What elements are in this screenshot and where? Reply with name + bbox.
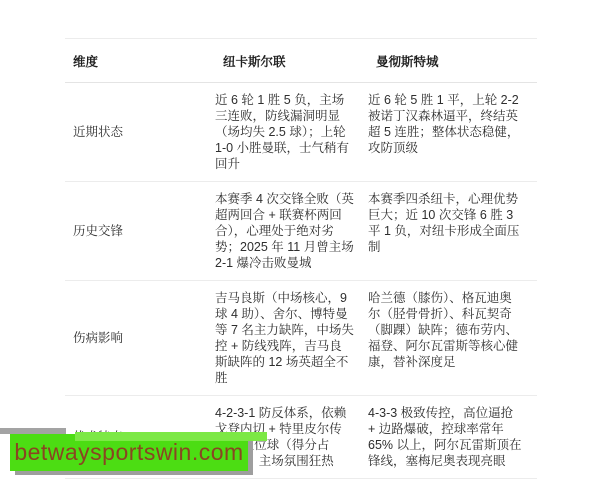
header-team-newcastle: 纽卡斯尔联 xyxy=(215,39,368,83)
header-team-mancity: 曼彻斯特城 xyxy=(368,39,537,83)
cell-mancity-injuries: 哈兰德（膝伤）、格瓦迪奥尔（胫骨骨折）、科瓦契奇（脚踝）缺阵；德布劳内、福登、阿… xyxy=(368,281,537,396)
header-dimension: 维度 xyxy=(65,39,215,83)
table-header-row: 维度 纽卡斯尔联 曼彻斯特城 xyxy=(65,39,537,83)
row-label-recent-form: 近期状态 xyxy=(65,83,215,182)
row-label-injuries: 伤病影响 xyxy=(65,281,215,396)
watermark: betwaysportswin.com xyxy=(10,434,248,471)
cell-newcastle-recent-form: 近 6 轮 1 胜 5 负，主场三连败，防线漏洞明显（场均失 2.5 球）；上轮… xyxy=(215,83,368,182)
watermark-text: betwaysportswin.com xyxy=(14,439,243,466)
cell-mancity-tactics: 4-3-3 极致传控，高位逼抢 + 边路爆破，控球率常年 65% 以上，阿尔瓦雷… xyxy=(368,396,537,479)
cell-mancity-head-to-head: 本赛季四杀纽卡，心理优势巨大；近 10 次交锋 6 胜 3 平 1 负，对纽卡形… xyxy=(368,182,537,281)
cell-mancity-recent-form: 近 6 轮 5 胜 1 平，上轮 2-2 被诺丁汉森林逼平，终结英超 5 连胜；… xyxy=(368,83,537,182)
row-label-head-to-head: 历史交锋 xyxy=(65,182,215,281)
cell-newcastle-head-to-head: 本赛季 4 次交锋全败（英超两回合 + 联赛杯两回合），心理处于绝对劣势；202… xyxy=(215,182,368,281)
table-row-injuries: 伤病影响 吉马良斯（中场核心，9 球 4 助）、舍尔、博特曼等 7 名主力缺阵，… xyxy=(65,281,537,396)
cell-newcastle-injuries: 吉马良斯（中场核心，9 球 4 助）、舍尔、博特曼等 7 名主力缺阵，中场失控 … xyxy=(215,281,368,396)
comparison-table: 维度 纽卡斯尔联 曼彻斯特城 近期状态 近 6 轮 1 胜 5 负，主场三连败，… xyxy=(65,38,537,479)
table-row-head-to-head: 历史交锋 本赛季 4 次交锋全败（英超两回合 + 联赛杯两回合），心理处于绝对劣… xyxy=(65,182,537,281)
table-row-recent-form: 近期状态 近 6 轮 1 胜 5 负，主场三连败，防线漏洞明显（场均失 2.5 … xyxy=(65,83,537,182)
page: 维度 纽卡斯尔联 曼彻斯特城 近期状态 近 6 轮 1 胜 5 负，主场三连败，… xyxy=(0,0,600,480)
